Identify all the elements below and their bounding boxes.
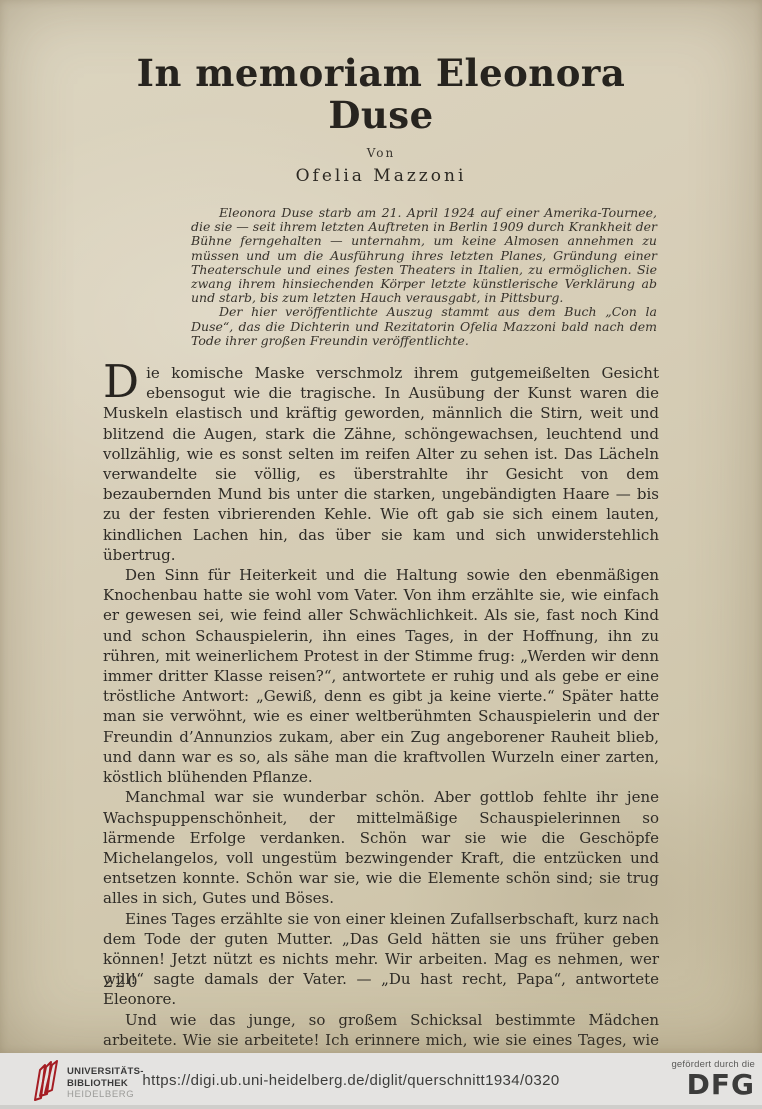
scanned-book-page: In memoriam Eleonora Duse Von Ofelia Maz… xyxy=(0,0,762,1109)
library-name-line3: HEIDELBERG xyxy=(67,1089,144,1101)
editorial-note-paragraph-1: Eleonora Duse starb am 21. April 1924 au… xyxy=(191,206,657,305)
page-number: 220 xyxy=(103,972,140,991)
editorial-note-paragraph-2: Der hier veröffentlichte Auszug stammt a… xyxy=(191,305,657,348)
paper-background: In memoriam Eleonora Duse Von Ofelia Maz… xyxy=(0,0,762,1053)
editorial-note: Eleonora Duse starb am 21. April 1924 au… xyxy=(191,206,657,348)
dfg-logo: DFG xyxy=(671,1071,755,1098)
body-paragraph-4: Eines Tages erzählte sie von einer klein… xyxy=(103,909,659,1010)
article-body: Die komische Maske verschmolz ihrem gutg… xyxy=(103,363,659,1109)
body-paragraph-1-text: ie komische Maske verschmolz ihrem gutge… xyxy=(103,364,659,564)
byline-label: Von xyxy=(103,146,659,160)
body-paragraph-1: Die komische Maske verschmolz ihrem gutg… xyxy=(103,363,659,565)
drop-cap: D xyxy=(103,363,146,399)
body-paragraph-3: Manchmal war sie wunderbar schön. Aber g… xyxy=(103,787,659,908)
body-paragraph-2: Den Sinn für Heiterkeit und die Haltung … xyxy=(103,565,659,787)
page-content: In memoriam Eleonora Duse Von Ofelia Maz… xyxy=(103,0,659,1109)
funder-block: gefördert durch die DFG xyxy=(671,1059,755,1098)
digitization-footer: UNIVERSITÄTS- BIBLIOTHEK HEIDELBERG http… xyxy=(0,1053,762,1109)
page-title: In memoriam Eleonora Duse xyxy=(103,52,659,136)
author-name: Ofelia Mazzoni xyxy=(103,166,659,186)
source-url: https://digi.ub.uni-heidelberg.de/diglit… xyxy=(0,1072,702,1089)
